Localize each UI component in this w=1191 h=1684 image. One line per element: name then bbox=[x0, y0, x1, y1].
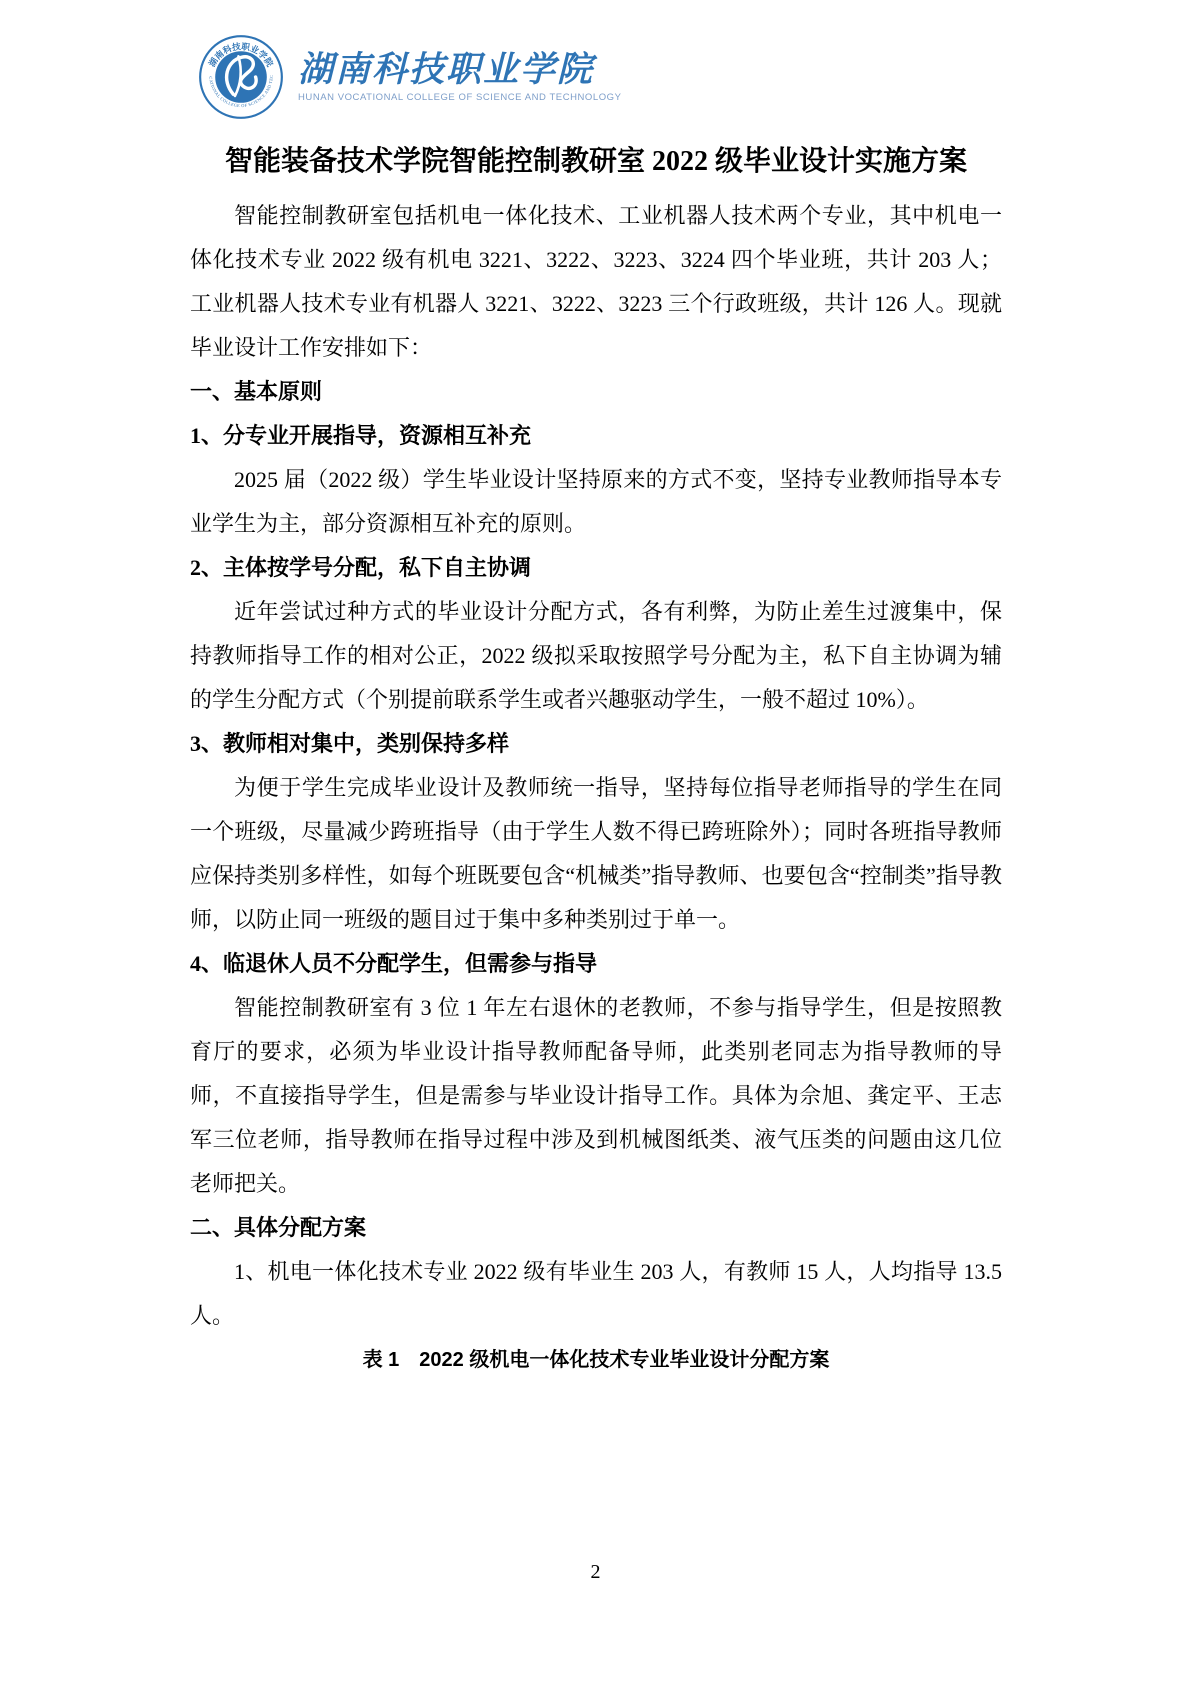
document-title: 智能装备技术学院智能控制教研室 2022 级毕业设计实施方案 bbox=[190, 140, 1002, 184]
heading-principle-1: 1、分专业开展指导，资源相互补充 bbox=[190, 414, 1002, 458]
heading-section-basic-principles: 一、基本原则 bbox=[190, 370, 1002, 414]
college-logotype: 湖南科技职业学院 HUNAN VOCATIONAL COLLEGE OF SCI… bbox=[298, 51, 621, 104]
paragraph-principle-2: 近年尝试过种方式的毕业设计分配方式，各有利弊，为防止差生过渡集中，保持教师指导工… bbox=[190, 590, 1002, 722]
paragraph-principle-1: 2025 届（2022 级）学生毕业设计坚持原来的方式不变，坚持专业教师指导本专… bbox=[190, 458, 1002, 546]
college-emblem-icon: 湖南科技职业学院 HUNAN VOCATIONAL COLLEGE OF SCI… bbox=[198, 34, 284, 120]
page-number: 2 bbox=[0, 1560, 1191, 1584]
paragraph-principle-4: 智能控制教研室有 3 位 1 年左右退休的老教师，不参与指导学生，但是按照教育厅… bbox=[190, 986, 1002, 1206]
heading-principle-3: 3、教师相对集中，类别保持多样 bbox=[190, 722, 1002, 766]
heading-principle-4: 4、临退休人员不分配学生，但需参与指导 bbox=[190, 942, 1002, 986]
paragraph-allocation-mechatronics: 1、机电一体化技术专业 2022 级有毕业生 203 人，有教师 15 人，人均… bbox=[190, 1250, 1002, 1338]
paragraph-principle-3: 为便于学生完成毕业设计及教师统一指导，坚持每位指导老师指导的学生在同一个班级，尽… bbox=[190, 766, 1002, 942]
table-1-caption: 表 1 2022 级机电一体化技术专业毕业设计分配方案 bbox=[190, 1340, 1002, 1380]
college-name-cn: 湖南科技职业学院 bbox=[298, 51, 621, 90]
heading-principle-2: 2、主体按学号分配，私下自主协调 bbox=[190, 546, 1002, 590]
paragraph-intro: 智能控制教研室包括机电一体化技术、工业机器人技术两个专业，其中机电一体化技术专业… bbox=[190, 194, 1002, 370]
college-logo: 湖南科技职业学院 HUNAN VOCATIONAL COLLEGE OF SCI… bbox=[198, 34, 621, 120]
college-name-en: HUNAN VOCATIONAL COLLEGE OF SCIENCE AND … bbox=[298, 92, 621, 103]
document-body: 智能装备技术学院智能控制教研室 2022 级毕业设计实施方案 智能控制教研室包括… bbox=[190, 140, 1002, 1380]
heading-section-allocation-plan: 二、具体分配方案 bbox=[190, 1206, 1002, 1250]
document-page: 湖南科技职业学院 HUNAN VOCATIONAL COLLEGE OF SCI… bbox=[0, 0, 1191, 1684]
